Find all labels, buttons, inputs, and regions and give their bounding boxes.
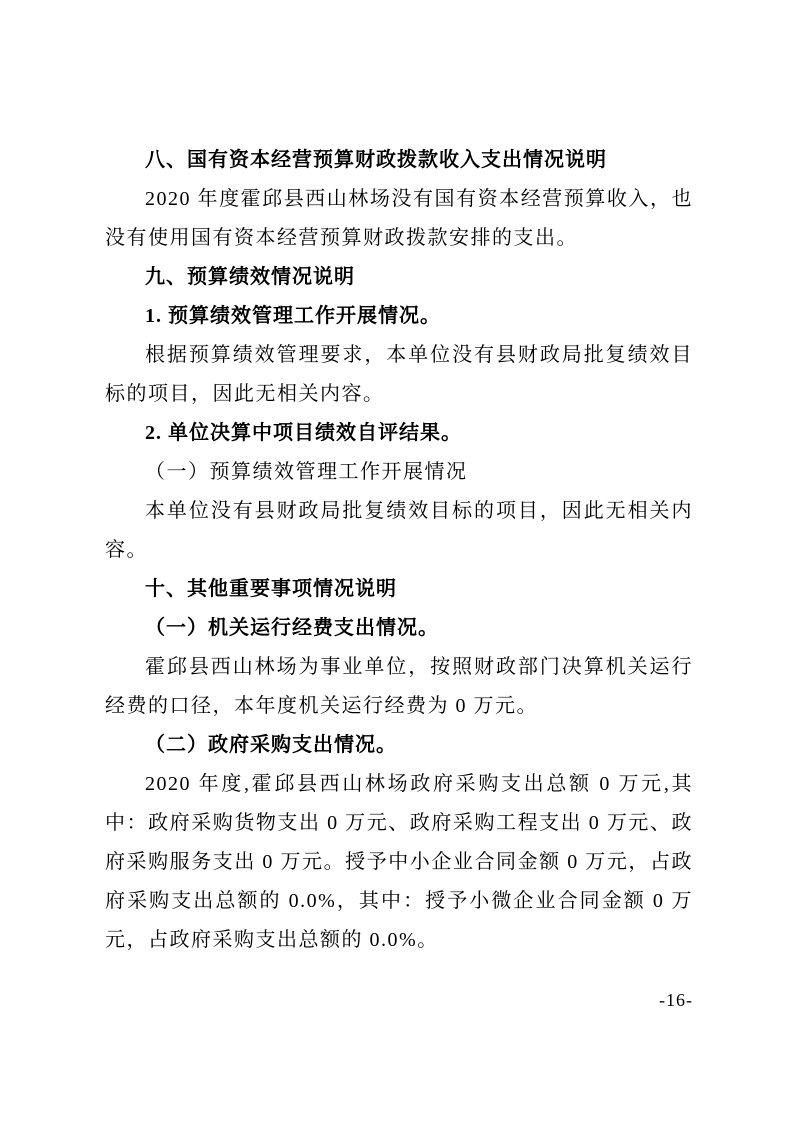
subheading-operating-expenses: （一）机关运行经费支出情况。 [105,609,693,648]
subheading-performance-management: 1. 预算绩效管理工作开展情况。 [105,297,693,336]
paragraph-state-capital: 2020 年度霍邱县西山林场没有国有资本经营预算收入，也没有使用国有资本经营预算… [105,180,693,258]
paragraph-performance-management: 根据预算绩效管理要求，本单位没有县财政局批复绩效目标的项目，因此无相关内容。 [105,336,693,414]
document-page: 八、国有资本经营预算财政拨款收入支出情况说明 2020 年度霍邱县西山林场没有国… [0,0,793,1122]
page-number: -16- [659,990,693,1010]
section-heading-budget-performance: 九、预算绩效情况说明 [105,258,693,297]
paragraph-self-evaluation-title: （一）预算绩效管理工作开展情况 [105,453,693,492]
subheading-government-procurement: （二）政府采购支出情况。 [105,726,693,765]
section-heading-state-capital: 八、国有资本经营预算财政拨款收入支出情况说明 [105,141,693,180]
paragraph-government-procurement: 2020 年度,霍邱县西山林场政府采购支出总额 0 万元,其中：政府采购货物支出… [105,765,693,960]
document-body: 八、国有资本经营预算财政拨款收入支出情况说明 2020 年度霍邱县西山林场没有国… [105,141,693,960]
subheading-self-evaluation: 2. 单位决算中项目绩效自评结果。 [105,414,693,453]
paragraph-operating-expenses: 霍邱县西山林场为事业单位，按照财政部门决算机关运行经费的口径，本年度机关运行经费… [105,648,693,726]
section-heading-other-matters: 十、其他重要事项情况说明 [105,570,693,609]
paragraph-self-evaluation-body: 本单位没有县财政局批复绩效目标的项目，因此无相关内容。 [105,492,693,570]
